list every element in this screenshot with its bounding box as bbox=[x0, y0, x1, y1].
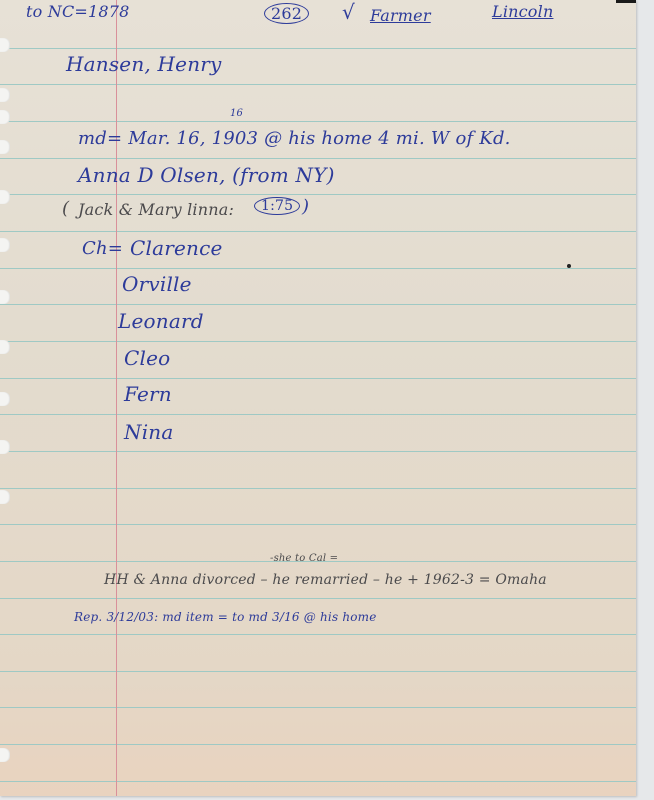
check-mark-icon: √ bbox=[342, 0, 355, 24]
occupation: Farmer bbox=[370, 6, 431, 25]
rule-line bbox=[0, 84, 636, 85]
spouse-name: Anna D Olsen, (from NY) bbox=[78, 163, 335, 187]
rule-line bbox=[0, 488, 636, 489]
rule-line bbox=[0, 414, 636, 415]
red-margin-line bbox=[116, 0, 117, 796]
punch-hole bbox=[0, 340, 10, 354]
parents-names: Jack & Mary linna: bbox=[78, 200, 234, 219]
ink-dot bbox=[567, 264, 571, 268]
rule-line bbox=[0, 671, 636, 672]
punch-hole bbox=[0, 88, 10, 102]
child-name: Leonard bbox=[118, 309, 204, 333]
punch-hole bbox=[0, 110, 10, 124]
scan-edge bbox=[616, 0, 636, 3]
punch-hole bbox=[0, 392, 10, 406]
report-note: Rep. 3/12/03: md item = to md 3/16 @ his… bbox=[74, 610, 377, 624]
record-number: 262 bbox=[264, 3, 309, 24]
rule-line bbox=[0, 304, 636, 305]
punch-hole bbox=[0, 440, 10, 454]
child-name: Orville bbox=[122, 272, 192, 296]
rule-line bbox=[0, 634, 636, 635]
rule-line bbox=[0, 48, 636, 49]
rule-line bbox=[0, 341, 636, 342]
parents-open-paren: ( bbox=[62, 198, 69, 219]
punch-hole bbox=[0, 290, 10, 304]
punch-hole bbox=[0, 748, 10, 762]
rule-line bbox=[0, 378, 636, 379]
punch-hole bbox=[0, 38, 10, 52]
child-name: Nina bbox=[124, 420, 174, 444]
county: Lincoln bbox=[492, 2, 553, 21]
rule-line bbox=[0, 121, 636, 122]
rule-line bbox=[0, 268, 636, 269]
child-name: Cleo bbox=[124, 346, 170, 370]
marriage-line: md= Mar. 16, 1903 @ his home 4 mi. W of … bbox=[78, 128, 511, 149]
divorce-note: HH & Anna divorced – he remarried – he +… bbox=[104, 572, 547, 588]
child-name: Fern bbox=[124, 382, 172, 406]
rule-line bbox=[0, 451, 636, 452]
rule-line bbox=[0, 231, 636, 232]
rule-line bbox=[0, 598, 636, 599]
punch-hole bbox=[0, 238, 10, 252]
punch-hole bbox=[0, 190, 10, 204]
punch-hole bbox=[0, 140, 10, 154]
rule-line bbox=[0, 707, 636, 708]
notebook-page: to NC=1878 262 √ Farmer Lincoln Hansen, … bbox=[0, 0, 636, 796]
rule-line bbox=[0, 524, 636, 525]
rule-line bbox=[0, 158, 636, 159]
date-correction: 16 bbox=[230, 108, 243, 119]
rule-line bbox=[0, 744, 636, 745]
rule-line bbox=[0, 781, 636, 782]
parents-close-paren: ) bbox=[302, 196, 309, 217]
top-left-note: to NC=1878 bbox=[26, 2, 130, 21]
child-name: Clarence bbox=[130, 236, 223, 260]
parents-reference: 1:75 bbox=[254, 197, 300, 215]
divorce-superscript: -she to Cal = bbox=[270, 553, 338, 564]
punch-hole bbox=[0, 490, 10, 504]
rule-line bbox=[0, 194, 636, 195]
person-name: Hansen, Henry bbox=[66, 52, 222, 76]
children-label: Ch= bbox=[82, 238, 123, 259]
